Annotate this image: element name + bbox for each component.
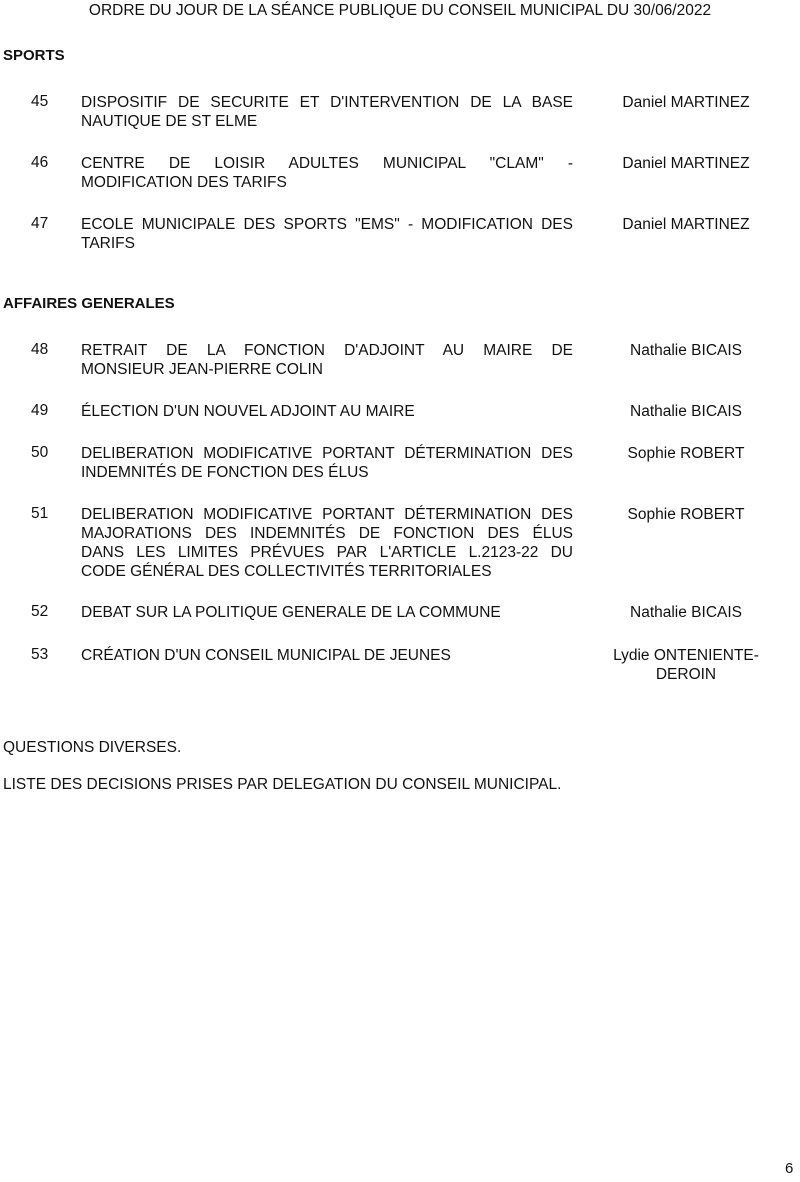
item-text-line: CRÉATION D'UN CONSEIL MUNICIPAL DE JEUNE… [81,646,573,665]
item-number: 49 [31,402,48,420]
item-text-line: DELIBERATION MODIFICATIVE PORTANT DÉTERM… [81,444,573,463]
item-text-line: MODIFICATION DES TARIFS [81,173,573,192]
item-number: 53 [31,646,48,664]
item-number: 46 [31,154,48,172]
item-text: DELIBERATION MODIFICATIVE PORTANT DÉTERM… [81,444,573,482]
item-presenter: Sophie ROBERT [596,444,776,463]
section-title-sports: SPORTS [3,47,65,64]
item-text-line: ECOLE MUNICIPALE DES SPORTS "EMS" - MODI… [81,215,573,234]
item-presenter-line: Lydie ONTENIENTE- [596,646,776,665]
item-text: ECOLE MUNICIPALE DES SPORTS "EMS" - MODI… [81,215,573,253]
item-text: DELIBERATION MODIFICATIVE PORTANT DÉTERM… [81,505,573,581]
item-text-line: CODE GÉNÉRAL DES COLLECTIVITÉS TERRITORI… [81,562,573,581]
document-title: ORDRE DU JOUR DE LA SÉANCE PUBLIQUE DU C… [0,2,800,20]
item-number: 50 [31,444,48,462]
item-text-line: DEBAT SUR LA POLITIQUE GENERALE DE LA CO… [81,603,573,622]
item-presenter: Nathalie BICAIS [596,402,776,421]
item-number: 45 [31,93,48,111]
questions-diverses-note: QUESTIONS DIVERSES. [3,739,181,757]
item-text: DEBAT SUR LA POLITIQUE GENERALE DE LA CO… [81,603,573,622]
item-text-line: TARIFS [81,234,573,253]
item-text: CRÉATION D'UN CONSEIL MUNICIPAL DE JEUNE… [81,646,573,665]
item-text: ÉLECTION D'UN NOUVEL ADJOINT AU MAIRE [81,402,573,421]
item-number: 52 [31,603,48,621]
item-number: 51 [31,505,48,523]
item-presenter: Daniel MARTINEZ [596,215,776,234]
item-presenter: Daniel MARTINEZ [596,93,776,112]
item-text: RETRAIT DE LA FONCTION D'ADJOINT AU MAIR… [81,341,573,379]
item-text-line: MONSIEUR JEAN-PIERRE COLIN [81,360,573,379]
item-text-line: ÉLECTION D'UN NOUVEL ADJOINT AU MAIRE [81,402,573,421]
item-number: 48 [31,341,48,359]
item-text-line: RETRAIT DE LA FONCTION D'ADJOINT AU MAIR… [81,341,573,360]
item-presenter: Nathalie BICAIS [596,341,776,360]
item-presenter-line: DEROIN [596,665,776,684]
section-title-affaires-generales: AFFAIRES GENERALES [3,295,175,312]
page-number: 6 [785,1160,793,1177]
item-text-line: NAUTIQUE DE ST ELME [81,112,573,131]
item-text: CENTRE DE LOISIR ADULTES MUNICIPAL "CLAM… [81,154,573,192]
item-text: DISPOSITIF DE SECURITE ET D'INTERVENTION… [81,93,573,131]
item-text-line: INDEMNITÉS DE FONCTION DES ÉLUS [81,463,573,482]
item-presenter: Daniel MARTINEZ [596,154,776,173]
item-text-line: DANS LES LIMITES PRÉVUES PAR L'ARTICLE L… [81,543,573,562]
item-presenter: Sophie ROBERT [596,505,776,524]
item-presenter: Nathalie BICAIS [596,603,776,622]
item-number: 47 [31,215,48,233]
item-text-line: CENTRE DE LOISIR ADULTES MUNICIPAL "CLAM… [81,154,573,173]
delegation-decisions-note: LISTE DES DECISIONS PRISES PAR DELEGATIO… [3,776,561,794]
item-text-line: DISPOSITIF DE SECURITE ET D'INTERVENTION… [81,93,573,112]
item-presenter: Lydie ONTENIENTE- DEROIN [596,646,776,684]
item-text-line: MAJORATIONS DES INDEMNITÉS DE FONCTION D… [81,524,573,543]
item-text-line: DELIBERATION MODIFICATIVE PORTANT DÉTERM… [81,505,573,524]
